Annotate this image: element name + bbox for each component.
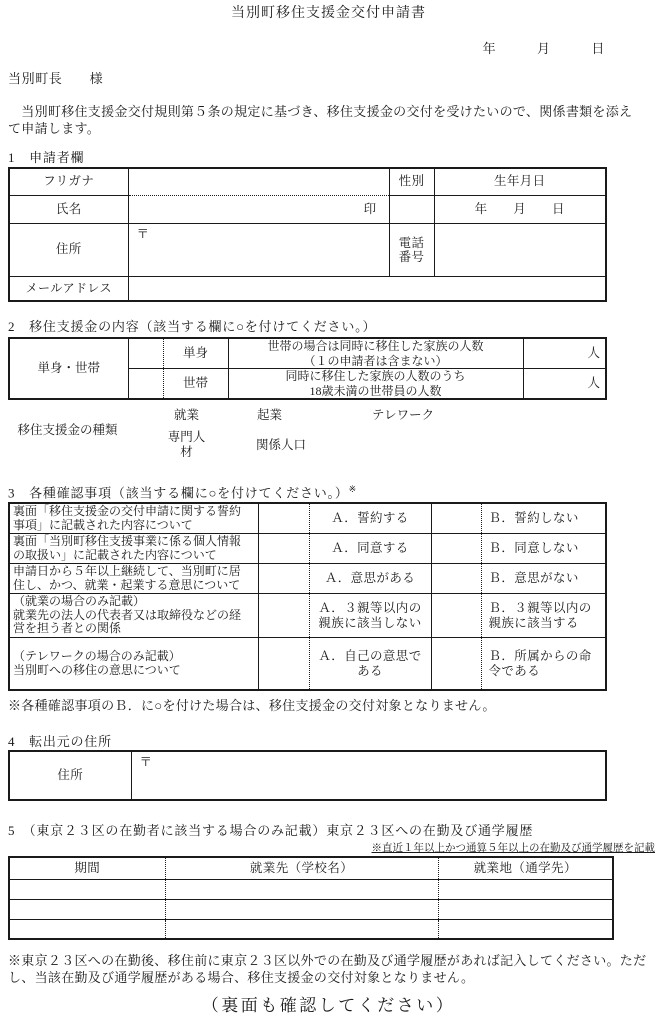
option-a: Ａ．同意する [309, 534, 431, 564]
previous-address-table: 住所 〒 [8, 750, 607, 801]
confirmation-desc: （就業の場合のみ記載） 就業先の法人の代表者又は取締役などの経 営を担う者との関… [9, 594, 258, 638]
history-period-cell [9, 879, 165, 899]
history-location-cell [438, 879, 613, 899]
support-type-table: 移住支援金の種類 就業 起業 テレワーク 専門人材 関係人口 [8, 400, 605, 460]
email-value-cell [128, 276, 606, 301]
previous-address-value-cell: 〒 [131, 751, 606, 800]
type-employment: 就業 [162, 400, 211, 430]
mark-cell-startup [211, 400, 242, 430]
type-telework: テレワーク [358, 400, 448, 430]
mark-cell-b-1 [431, 534, 481, 564]
seal-mark: 印 [364, 202, 377, 216]
option-b: Ｂ．同意しない [481, 534, 606, 564]
phone-label: 電話 番号 [389, 223, 434, 276]
section3-heading-mark: ※ [349, 484, 357, 494]
type-related-population: 関係人口 [242, 430, 320, 460]
mark-cell-a-2 [258, 564, 309, 594]
single-label: 単身 [163, 338, 228, 369]
section5-note-above: ※直近１年以上かつ通算５年以上の在勤及び通学履歴を記載 [0, 842, 655, 855]
phone-value-cell [434, 223, 606, 276]
spacer-cell [448, 400, 605, 430]
type-startup: 起業 [242, 400, 297, 430]
application-form-page: 当別町移住支援金交付申請書 年 月 日 当別町長 様 当別町移住支援金交付規則第… [0, 0, 657, 1024]
household-label: 単身・世帯 [9, 338, 128, 399]
section3-heading-text: 3 各種確認事項（該当する欄に○を付けてください。） [8, 485, 349, 500]
section1-heading: 1 申請者欄 [8, 150, 657, 166]
option-b: Ｂ．３親等以内の 親族に該当する [481, 594, 606, 638]
furigana-label: フリガナ [9, 168, 128, 195]
mark-cell-related-population [211, 430, 242, 460]
history-location-cell [438, 919, 613, 939]
section3-heading: 3 各種確認事項（該当する欄に○を付けてください。）※ [8, 481, 657, 501]
previous-address-label: 住所 [9, 751, 131, 800]
intro-paragraph: 当別町移住支援金交付規則第５条の規定に基づき、移住支援金の交付を受けたいので、関… [8, 103, 649, 137]
mark-cell-a-1 [258, 534, 309, 564]
work-history-table: 期間 就業先（学校名） 就業地（通学先） [8, 856, 614, 940]
confirmation-desc: （テレワークの場合のみ記載） 当別町への移住の意思について [9, 637, 258, 690]
history-workplace-cell [165, 899, 438, 919]
postal-mark: 〒 [137, 227, 150, 241]
history-location-cell [438, 899, 613, 919]
family-desc: 同時に移住した家族の人数のうち 18歳未満の世帯員の人数 [228, 369, 523, 400]
form-title: 当別町移住支援金交付申請書 [0, 4, 657, 24]
confirmation-desc: 申請日から５年以上継続して、当別町に居 住し、かつ、就業・起業する意思について [9, 564, 258, 594]
addressee: 当別町長 様 [8, 70, 657, 88]
email-label: メールアドレス [9, 276, 128, 301]
mark-cell-b-4 [431, 637, 481, 690]
mark-cell-a-0 [258, 503, 309, 534]
confirmation-table: 裏面「移住支援金の交付申請に関する誓約 事項」に記載された内容について Ａ．誓約… [8, 502, 607, 691]
mark-cell-family [128, 369, 163, 400]
spacer-cell [320, 430, 605, 460]
unit-person: 人 [587, 376, 600, 390]
section5-heading: 5 （東京２３区の在勤者に該当する場合のみ記載）東京２３区への在勤及び通学履歴 [8, 823, 657, 839]
history-period-cell [9, 899, 165, 919]
option-a: Ａ．自己の意思で ある [309, 637, 431, 690]
section2-heading: 2 移住支援金の内容（該当する欄に○を付けてください。） [8, 319, 657, 335]
confirmation-desc: 裏面「当別町移住支援事業に係る個人情報 の取扱い」に記載された内容について [9, 534, 258, 564]
support-content-table: 単身・世帯 単身 世帯の場合は同時に移住した家族の人数 （１の申請者は含まない）… [8, 337, 607, 400]
option-b: Ｂ．意思がない [481, 564, 606, 594]
mark-cell-specialist [127, 430, 162, 460]
option-a: Ａ．３親等以内の 親族に該当しない [309, 594, 431, 638]
family-label: 世帯 [163, 369, 228, 400]
gender-value-cell [389, 195, 434, 223]
unit-person: 人 [587, 346, 600, 360]
history-period-cell [9, 919, 165, 939]
mark-cell-b-3 [431, 594, 481, 638]
address-value-cell: 〒 [128, 223, 389, 276]
mark-cell-b-0 [431, 503, 481, 534]
address-label: 住所 [9, 223, 128, 276]
mark-cell-telework [297, 400, 358, 430]
birthdate-format: 年 月 日 [434, 195, 606, 223]
confirmation-desc: 裏面「移住支援金の交付申請に関する誓約 事項」に記載された内容について [9, 503, 258, 534]
back-side-note: （裏面も確認してください） [0, 995, 657, 1017]
furigana-value-cell [128, 168, 389, 195]
col-location-header: 就業地（通学先） [438, 857, 613, 879]
name-label: 氏名 [9, 195, 128, 223]
history-workplace-cell [165, 919, 438, 939]
col-period-header: 期間 [9, 857, 165, 879]
section3-note: ※各種確認事項のＢ．に○を付けた場合は、移住支援金の交付対象となりません。 [8, 698, 649, 714]
single-desc: 世帯の場合は同時に移住した家族の人数 （１の申請者は含まない） [228, 338, 523, 369]
date-line: 年 月 日 [0, 40, 657, 58]
mark-cell-single [128, 338, 163, 369]
gender-label: 性別 [389, 168, 434, 195]
option-a: Ａ．誓約する [309, 503, 431, 534]
applicant-table: フリガナ 性別 生年月日 氏名 印 年 月 日 住所 〒 電話 番号 メールアド… [8, 167, 607, 302]
option-b: Ｂ．所属からの命 令である [481, 637, 606, 690]
family-count-cell: 人 [523, 369, 606, 400]
option-b: Ｂ．誓約しない [481, 503, 606, 534]
option-a: Ａ．意思がある [309, 564, 431, 594]
mark-cell-a-3 [258, 594, 309, 638]
name-value-cell: 印 [128, 195, 389, 223]
birthdate-label: 生年月日 [434, 168, 606, 195]
postal-mark: 〒 [140, 755, 153, 769]
section5-note-below: ※東京２３区への在勤後、移住前に東京２３区以外での在勤及び通学履歴があれば記入し… [8, 952, 649, 986]
history-workplace-cell [165, 879, 438, 899]
col-workplace-header: 就業先（学校名） [165, 857, 438, 879]
single-count-cell: 人 [523, 338, 606, 369]
mark-cell-employment [127, 400, 162, 430]
section4-heading: 4 転出元の住所 [8, 734, 657, 750]
mark-cell-a-4 [258, 637, 309, 690]
type-specialist: 専門人材 [162, 430, 211, 460]
mark-cell-b-2 [431, 564, 481, 594]
support-type-label: 移住支援金の種類 [8, 400, 127, 460]
